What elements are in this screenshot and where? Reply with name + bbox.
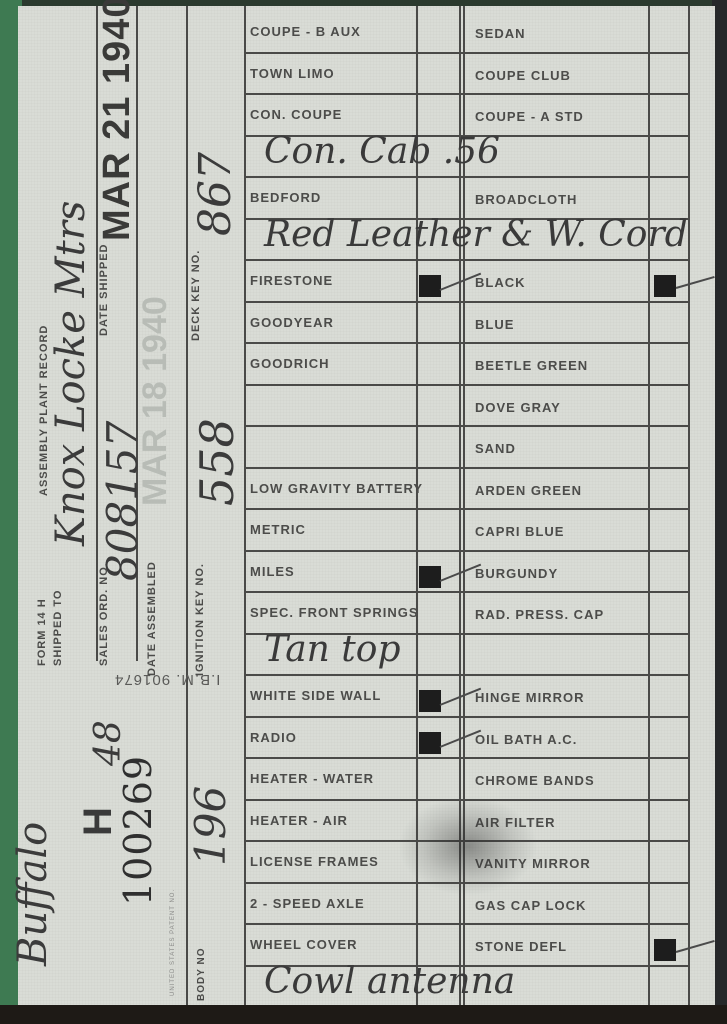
option-checkbox-left[interactable] — [418, 593, 459, 633]
deck-key-no-label: DECK KEY NO. — [190, 250, 202, 341]
handwritten-note: Con. Cab .56 — [264, 131, 500, 172]
row-divider — [244, 52, 688, 54]
option-checkbox-right[interactable] — [650, 718, 688, 758]
row-divider — [244, 384, 688, 386]
option-checkbox-right[interactable] — [650, 344, 688, 384]
option-checkbox-right[interactable] — [650, 759, 688, 799]
option-label-right: GAS CAP LOCK — [475, 898, 586, 913]
option-label-left: WHITE SIDE WALL — [250, 688, 381, 703]
option-label-left: LOW GRAVITY BATTERY — [250, 481, 423, 496]
option-checkbox-right[interactable] — [650, 427, 688, 467]
option-label-left: HEATER - WATER — [250, 771, 374, 786]
check-mark-icon — [654, 939, 676, 961]
option-label-left: BEDFORD — [250, 190, 321, 205]
option-label-left: GOODRICH — [250, 356, 330, 371]
option-checkbox-left[interactable] — [418, 95, 459, 135]
option-label-left: GOODYEAR — [250, 315, 334, 330]
option-label-left: FIRESTONE — [250, 273, 333, 288]
check-mark-icon — [419, 690, 441, 712]
option-label-right: SEDAN — [475, 26, 526, 41]
plant-name: Buffalo — [10, 822, 56, 966]
deck-key-no-value: 867 — [190, 152, 241, 236]
option-checkbox-left[interactable] — [418, 344, 459, 384]
option-checkbox-right[interactable] — [650, 510, 688, 550]
date-shipped-value: MAR 21 1940 — [96, 0, 139, 241]
grid-divider — [688, 6, 690, 1006]
option-checkbox-left[interactable] — [418, 469, 459, 509]
option-checkbox-right[interactable] — [650, 386, 688, 426]
option-checkbox-right[interactable] — [650, 552, 688, 592]
row-divider — [244, 93, 688, 95]
option-label-right: RAD. PRESS. CAP — [475, 607, 604, 622]
option-label-left: METRIC — [250, 522, 306, 537]
option-label-right: BLACK — [475, 275, 526, 290]
card-holder-base — [0, 1005, 727, 1024]
option-label-right: ARDEN GREEN — [475, 483, 582, 498]
shipped-to-label: SHIPPED TO — [52, 590, 64, 666]
row-divider — [244, 508, 688, 510]
shipped-to-value: Knox Locke Mtrs — [48, 201, 94, 546]
option-label-left: CON. COUPE — [250, 107, 342, 122]
option-checkbox-right[interactable] — [650, 54, 688, 94]
option-checkbox-left[interactable] — [418, 178, 459, 218]
option-checkbox-left[interactable] — [418, 759, 459, 799]
ink-smudge — [398, 796, 538, 896]
check-mark-icon — [419, 275, 441, 297]
option-label-right: BEETLE GREEN — [475, 358, 588, 373]
option-checkbox-left[interactable] — [418, 54, 459, 94]
option-label-right: COUPE - A STD — [475, 109, 584, 124]
body-no-value: 100269 — [116, 755, 160, 906]
option-label-left: COUPE - B AUX — [250, 24, 361, 39]
handwritten-note: Red Leather & W. Cord — [264, 214, 688, 255]
option-checkbox-left[interactable] — [418, 427, 459, 467]
date-assembled-label: DATE ASSEMBLED — [146, 561, 158, 676]
option-label-left: WHEEL COVER — [250, 937, 358, 952]
option-checkbox-right[interactable] — [650, 469, 688, 509]
row-divider — [244, 550, 688, 552]
option-checkbox-right[interactable] — [650, 12, 688, 52]
option-checkbox-right[interactable] — [650, 842, 688, 882]
row-divider — [244, 301, 688, 303]
option-label-right: COUPE CLUB — [475, 68, 571, 83]
option-checkbox-right[interactable] — [650, 676, 688, 716]
option-checkbox-right[interactable] — [650, 884, 688, 924]
row-divider — [244, 425, 688, 427]
model-note: 48 — [88, 720, 129, 766]
ignition-key-no-value: 558 — [190, 418, 244, 506]
option-checkbox-left[interactable] — [418, 12, 459, 52]
option-label-right: CHROME BANDS — [475, 773, 595, 788]
row-divider — [244, 342, 688, 344]
option-label-left: LICENSE FRAMES — [250, 854, 379, 869]
option-checkbox-right[interactable] — [650, 95, 688, 135]
row-divider — [244, 259, 688, 261]
option-label-right: DOVE GRAY — [475, 400, 561, 415]
grid-divider — [244, 6, 246, 1006]
check-mark-icon — [654, 275, 676, 297]
option-label-right: SAND — [475, 441, 516, 456]
assembly-plant-record-card: ASSEMBLY PLANT RECORD FORM 14 H SHIPPED … — [18, 6, 715, 1006]
row-divider — [244, 716, 688, 718]
body-no-label: BODY NO — [196, 948, 208, 1002]
option-checkbox-right[interactable] — [650, 593, 688, 633]
option-label-right: CAPRI BLUE — [475, 524, 564, 539]
option-label-right: HINGE MIRROR — [475, 690, 585, 705]
body-prefix: H — [76, 807, 121, 836]
row-divider — [244, 176, 688, 178]
option-checkbox-left[interactable] — [418, 303, 459, 343]
check-mark-icon — [419, 566, 441, 588]
row-divider — [244, 591, 688, 593]
handwritten-note: Tan top — [264, 629, 401, 670]
option-label-left: SPEC. FRONT SPRINGS — [250, 605, 419, 620]
form-number: FORM 14 H — [36, 598, 48, 666]
check-mark-icon — [419, 732, 441, 754]
patent-fine-print: UNITED STATES PATENT NO. — [170, 889, 176, 996]
option-checkbox-right[interactable] — [650, 801, 688, 841]
option-label-left: HEATER - AIR — [250, 813, 348, 828]
option-label-left: 2 - SPEED AXLE — [250, 896, 365, 911]
option-label-right: BLUE — [475, 317, 514, 332]
option-label-right: BURGUNDY — [475, 566, 558, 581]
row-divider — [244, 467, 688, 469]
option-checkbox-left[interactable] — [418, 386, 459, 426]
date-assembled-value: MAR 18 1940 — [136, 296, 175, 506]
option-checkbox-right[interactable] — [650, 178, 688, 218]
row-divider — [244, 674, 688, 676]
row-divider — [244, 757, 688, 759]
option-checkbox-left[interactable] — [418, 510, 459, 550]
option-label-left: MILES — [250, 564, 295, 579]
option-label-right: BROADCLOTH — [475, 192, 577, 207]
misc-number: 196 — [186, 786, 235, 866]
option-label-left: RADIO — [250, 730, 297, 745]
option-label-right: OIL BATH A.C. — [475, 732, 577, 747]
handwritten-note: Cowl antenna — [264, 961, 515, 1002]
option-checkbox-right[interactable] — [650, 303, 688, 343]
option-label-right: STONE DEFL — [475, 939, 567, 954]
date-shipped-label: DATE SHIPPED — [98, 244, 110, 336]
row-divider — [244, 923, 688, 925]
option-label-left: TOWN LIMO — [250, 66, 335, 81]
ibm-number: I.B.M. 901674 — [114, 671, 220, 688]
ignition-key-no-label: IGNITION KEY NO. — [194, 563, 206, 676]
option-checkbox-left[interactable] — [418, 925, 459, 965]
